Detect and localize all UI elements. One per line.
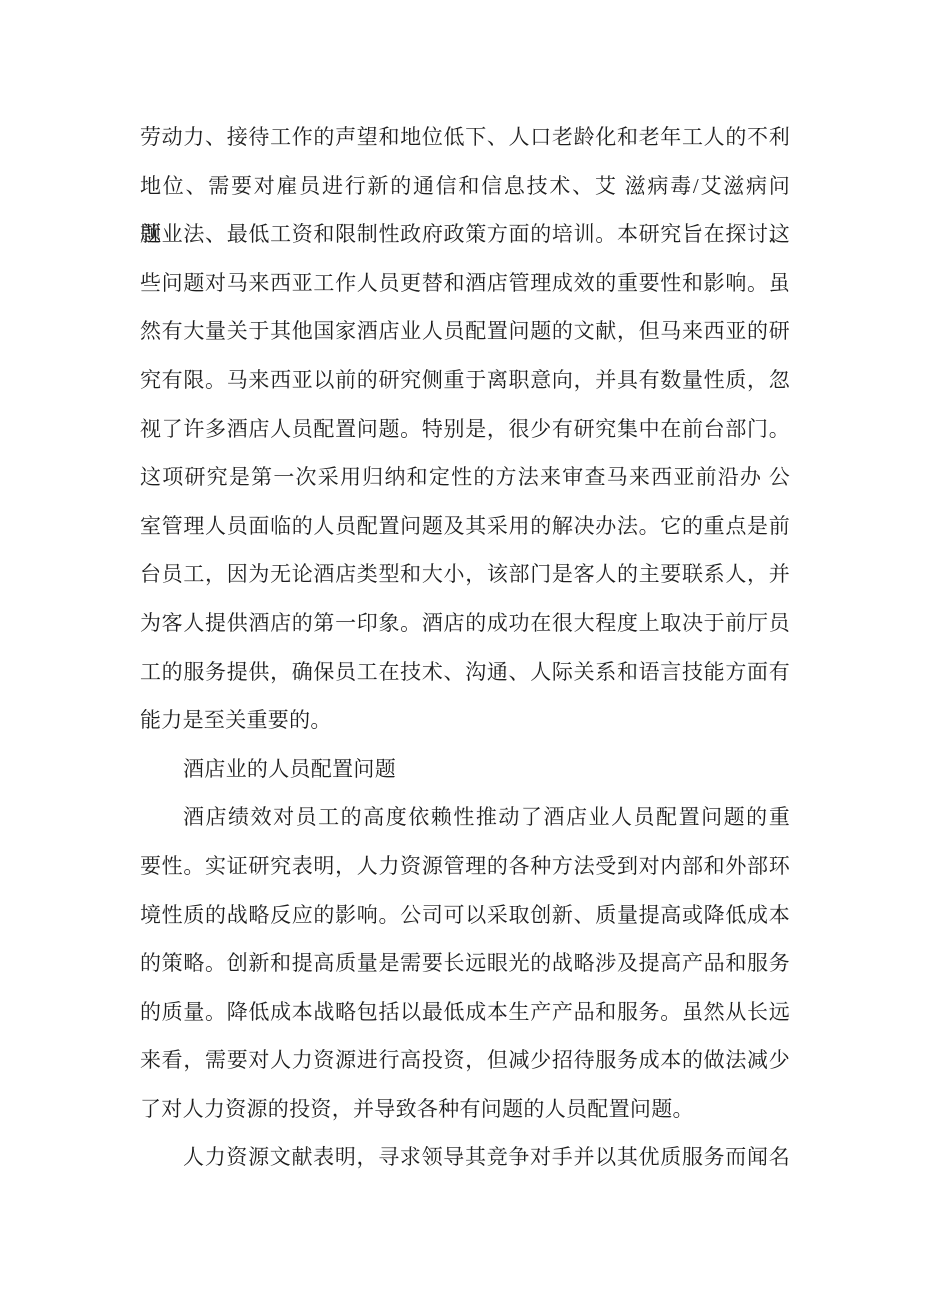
- text-line: 这项研究是第一次采用归纳和定性的方法来审查马来西亚前沿办 公: [140, 453, 790, 502]
- text-line: 酒店绩效对员工的高度依赖性推动了酒店业人员配置问题的重: [140, 793, 790, 842]
- document-text-block: 劳动力、接待工作的声望和地位低下、人口老龄化和老年工人的不利地位、需要对雇员进行…: [140, 113, 790, 1182]
- text-line: 室管理人员面临的人员配置问题及其采用的解决办法。它的重点是前: [140, 502, 790, 551]
- text-line: 能力是至关重要的。: [140, 696, 790, 745]
- text-line: 要性。实证研究表明，人力资源管理的各种方法受到对内部和外部环: [140, 842, 790, 891]
- text-line: 工的服务提供，确保员工在技术、沟通、人际关系和语言技能方面有: [140, 648, 790, 697]
- text-line: 就业法、最低工资和限制性政府政策方面的培训。本研究旨在探讨这: [140, 210, 790, 259]
- text-line: 了对人力资源的投资，并导致各种有问题的人员配置问题。: [140, 1085, 790, 1134]
- text-line: 人力资源文献表明，寻求领导其竞争对手并以其优质服务而闻名: [140, 1133, 790, 1182]
- text-line: 台员工，因为无论酒店类型和大小，该部门是客人的主要联系人，并: [140, 550, 790, 599]
- text-line: 些问题对马来西亚工作人员更替和酒店管理成效的重要性和影响。虽: [140, 259, 790, 308]
- text-line: 地位、需要对雇员进行新的通信和信息技术、艾 滋病毒/艾滋病问题、: [140, 162, 790, 211]
- text-line: 的质量。降低成本战略包括以最低成本生产产品和服务。虽然从长远: [140, 988, 790, 1037]
- document-page: 劳动力、接待工作的声望和地位低下、人口老龄化和老年工人的不利地位、需要对雇员进行…: [0, 0, 926, 1309]
- text-line: 的策略。创新和提高质量是需要长远眼光的战略涉及提高产品和服务: [140, 939, 790, 988]
- text-line: 然有大量关于其他国家酒店业人员配置问题的文献，但马来西亚的研: [140, 307, 790, 356]
- section-heading: 酒店业的人员配置问题: [140, 745, 790, 794]
- text-line: 劳动力、接待工作的声望和地位低下、人口老龄化和老年工人的不利: [140, 113, 790, 162]
- text-line: 究有限。马来西亚以前的研究侧重于离职意向，并具有数量性质，忽: [140, 356, 790, 405]
- text-line: 来看，需要对人力资源进行高投资，但减少招待服务成本的做法减少: [140, 1036, 790, 1085]
- text-line: 视了许多酒店人员配置问题。特别是，很少有研究集中在前台部门。: [140, 405, 790, 454]
- text-line: 为客人提供酒店的第一印象。酒店的成功在很大程度上取决于前厅员: [140, 599, 790, 648]
- text-line: 境性质的战略反应的影响。公司可以采取创新、质量提高或降低成本: [140, 891, 790, 940]
